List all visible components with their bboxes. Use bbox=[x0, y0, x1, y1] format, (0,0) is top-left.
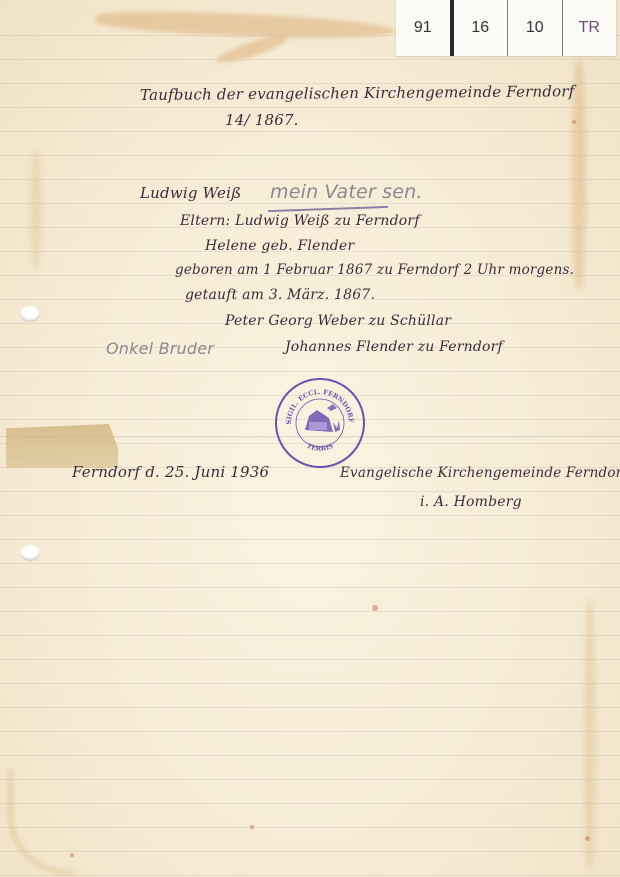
punch-hole bbox=[20, 545, 40, 561]
punch-hole bbox=[20, 306, 40, 322]
svg-text:TERRIS: TERRIS bbox=[306, 442, 335, 453]
archive-label-cell: 10 bbox=[507, 0, 562, 56]
signature-name: i. A. Homberg bbox=[420, 494, 522, 510]
archive-label-cell: 91 bbox=[396, 0, 450, 56]
issue-place-date: Ferndorf d. 25. Juni 1936 bbox=[72, 463, 269, 481]
foxing-spot bbox=[250, 825, 254, 829]
church-seal: SIGIL. ECCL. FERNDORF. TERRIS bbox=[275, 378, 365, 468]
godparent-2: Johannes Flender zu Ferndorf bbox=[285, 339, 503, 355]
record-number: 14/ 1867. bbox=[225, 111, 299, 129]
birth-date: geboren am 1 Februar 1867 zu Ferndorf 2 … bbox=[175, 262, 574, 278]
foxing-spot bbox=[372, 605, 378, 611]
parents-mother: Helene geb. Flender bbox=[205, 238, 354, 254]
archive-label-cell: TR bbox=[562, 0, 617, 56]
pencil-annotation: Onkel Bruder bbox=[106, 339, 214, 358]
document-page: 91 16 10 TR Taufbuch der evangelischen K… bbox=[0, 0, 620, 877]
foxing-spot bbox=[70, 853, 74, 857]
foxing-spot bbox=[585, 836, 590, 841]
baptism-date: getauft am 3. März. 1867. bbox=[185, 287, 375, 303]
godparent-1: Peter Georg Weber zu Schüllar bbox=[225, 313, 451, 329]
child-name: Ludwig Weiß bbox=[140, 184, 241, 202]
signature-institution: Evangelische Kirchengemeinde Ferndorf bbox=[340, 465, 620, 481]
parents-father: Eltern: Ludwig Weiß zu Ferndorf bbox=[180, 213, 420, 229]
archive-label-cell: 16 bbox=[450, 0, 508, 56]
adhesive-tape bbox=[6, 424, 118, 468]
pencil-annotation: mein Vater sen. bbox=[270, 181, 423, 203]
foxing-spot bbox=[572, 120, 576, 124]
archive-label: 91 16 10 TR bbox=[396, 0, 616, 56]
seal-emblem-icon: SIGIL. ECCL. FERNDORF. TERRIS bbox=[277, 380, 363, 466]
record-heading: Taufbuch der evangelischen Kirchengemein… bbox=[140, 82, 575, 104]
